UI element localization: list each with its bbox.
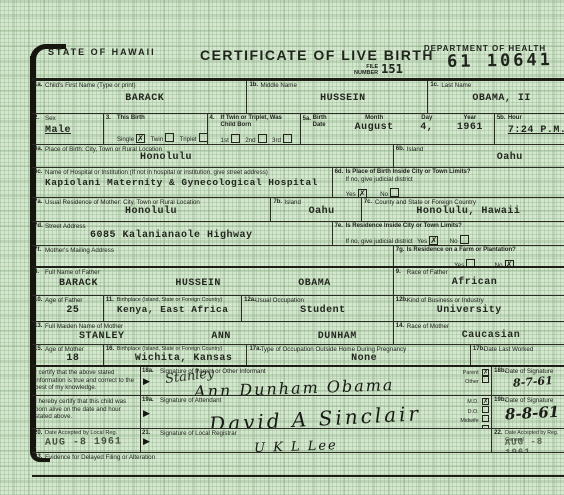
field-number: 22. bbox=[494, 430, 502, 436]
year-value: 1961 bbox=[446, 122, 494, 133]
field-label: Birth Date bbox=[313, 115, 341, 129]
field-22-reg-general-date: 22. Date Accepted by Reg. General AUG -8… bbox=[492, 429, 564, 452]
option-label: Single bbox=[117, 136, 134, 143]
field-label: Is Residence Inside City or Town Limits? bbox=[346, 223, 562, 230]
field-value: University bbox=[437, 305, 562, 316]
field-label: Sex bbox=[45, 115, 101, 122]
field-label: Kind of Business or Industry bbox=[407, 297, 562, 304]
field-number: 18a. bbox=[142, 368, 154, 374]
file-number-block: FILENUMBER 151 bbox=[354, 62, 403, 76]
day-label: Day bbox=[408, 115, 446, 122]
checkbox-other bbox=[482, 376, 489, 383]
field-number: 20. bbox=[34, 430, 42, 436]
field-number: 17a. bbox=[249, 346, 261, 352]
field-number: 3. bbox=[106, 115, 111, 121]
field-6a-place-of-birth: 6a. Place of Birth: City, Town or Rural … bbox=[32, 145, 394, 167]
field-1c-last-name: 1c. Last Name OBAMA, II bbox=[428, 81, 564, 113]
field-number: 8. bbox=[34, 269, 39, 275]
option-label: Triplet bbox=[180, 136, 197, 143]
field-value: Student bbox=[255, 305, 391, 316]
field-label: Age of Father bbox=[45, 297, 101, 304]
field-value: African bbox=[452, 277, 562, 288]
row-place-of-birth: 6a. Place of Birth: City, Town or Rural … bbox=[32, 145, 564, 168]
row-father-name: 8. Full Name of Father BARACK HUSSEIN OB… bbox=[32, 268, 564, 296]
field-16-mother-birthplace: 16. Birthplace (Island, State or Foreign… bbox=[104, 345, 248, 365]
scanned-birth-certificate: STATE OF HAWAII CERTIFICATE OF LIVE BIRT… bbox=[0, 0, 564, 495]
field-label: Full Maiden Name of Mother bbox=[45, 323, 391, 330]
field-number: 17b. bbox=[473, 346, 485, 352]
field-value: Honolulu bbox=[125, 206, 268, 217]
row-evidence: 23. Evidence for Delayed Filing or Alter… bbox=[32, 453, 564, 477]
field-value: Kapiolani Maternity & Gynecological Hosp… bbox=[45, 177, 330, 188]
field-label: Last Name bbox=[441, 82, 562, 89]
option-label: No bbox=[495, 262, 503, 266]
field-label: This Birth bbox=[117, 115, 205, 122]
field-number: 1c. bbox=[430, 82, 438, 88]
field-7e-residence-limits: 7e. Is Residence Inside City or Town Lim… bbox=[333, 222, 564, 245]
field-label: Street Address bbox=[45, 223, 330, 230]
field-number: 7a. bbox=[34, 199, 42, 205]
row-child-name: 1a. Child's First Name (Type or print) B… bbox=[32, 81, 564, 114]
checkbox-yes: ✗ bbox=[358, 189, 367, 197]
field-label: Race of Father bbox=[407, 269, 562, 276]
field-label: Name of Hospital or Institution (If not … bbox=[45, 169, 330, 176]
field-number: 15. bbox=[34, 346, 42, 352]
field-number: 5a. bbox=[303, 116, 311, 122]
file-number-label: FILENUMBER bbox=[354, 65, 378, 76]
field-number: 5b. bbox=[497, 115, 506, 121]
father-first-name: BARACK bbox=[59, 278, 98, 289]
file-number-value: 151 bbox=[381, 62, 403, 76]
informant-certification-text: I certify that the above stated informat… bbox=[32, 367, 141, 395]
field-value: Caucasian bbox=[462, 330, 562, 341]
option-label: M.D. bbox=[467, 399, 478, 405]
field-value: 6085 Kalanianaole Highway bbox=[90, 230, 330, 241]
option-label: 2nd bbox=[245, 137, 255, 144]
option-label: Twin bbox=[150, 136, 163, 143]
field-7a-residence-city: 7a. Usual Residence of Mother: City, Tow… bbox=[32, 198, 271, 221]
row-mother-name: 13. Full Maiden Name of Mother STANLEY A… bbox=[32, 322, 564, 345]
field-7c-county-state: 7c. County and State or Foreign Country … bbox=[362, 198, 564, 221]
checkbox-2nd bbox=[258, 134, 267, 143]
field-11-father-birthplace: 11. Birthplace (Island, State or Foreign… bbox=[104, 296, 242, 321]
checkbox-yes: ✗ bbox=[429, 236, 438, 245]
field-20-local-reg-date: 20. Date Accepted by Local Reg. AUG -8 1… bbox=[32, 429, 141, 452]
field-7f-mailing-address: 7f. Mother's Mailing Address bbox=[32, 246, 394, 266]
field-number: 1a. bbox=[34, 82, 42, 88]
local-reg-date-stamp: AUG -8 1961 bbox=[45, 436, 138, 449]
field-15-mother-age: 15. Age of Mother 18 bbox=[32, 345, 104, 365]
option-label: No bbox=[450, 238, 458, 245]
checkbox-midwife bbox=[482, 415, 489, 422]
attendant-certification-text: I hereby certify that this child was bor… bbox=[32, 396, 141, 428]
option-label: Yes bbox=[417, 238, 427, 245]
option-label: No bbox=[380, 191, 388, 197]
birth-year: Year 1961 bbox=[446, 115, 494, 144]
field-label: Usual Residence of Mother: City, Town or… bbox=[45, 199, 268, 206]
birth-day: Day 4, bbox=[408, 115, 446, 144]
checkbox-parent: ✗ bbox=[482, 369, 489, 376]
field-21-local-registrar-signature: 21. Signature of Local Registrar ▶ U K L… bbox=[141, 429, 492, 452]
checkbox-3rd bbox=[283, 134, 292, 143]
row-informant-signature: I certify that the above stated informat… bbox=[32, 367, 564, 396]
option-label: Yes bbox=[346, 191, 356, 197]
field-label: If Twin or Triplet, Was Child Born bbox=[221, 115, 298, 128]
field-12b-father-industry: 12b. Kind of Business or Industry Univer… bbox=[394, 296, 564, 321]
field-number: 1b. bbox=[249, 82, 258, 88]
field-14-mother-race: 14. Race of Mother Caucasian bbox=[394, 322, 564, 344]
field-13-mother-name: 13. Full Maiden Name of Mother STANLEY A… bbox=[32, 322, 394, 344]
field-value: BARACK bbox=[45, 93, 244, 104]
checkbox-other bbox=[482, 425, 489, 428]
option-label: Other bbox=[465, 379, 478, 385]
field-18a-informant-signature: 18a. Signature of Parent or Other Inform… bbox=[141, 367, 492, 395]
field-12a-father-occupation: 12a. Usual Occupation Student bbox=[242, 296, 394, 321]
field-7g-farm-plantation: 7g. Is Residence on a Farm or Plantation… bbox=[394, 246, 564, 266]
field-9-father-race: 9. Race of Father African bbox=[394, 268, 564, 295]
field-1b-middle-name: 1b. Middle Name HUSSEIN bbox=[247, 81, 428, 113]
field-value: 25 bbox=[45, 305, 101, 316]
field-sublabel: If no, give judicial district bbox=[346, 176, 562, 183]
field-label: Middle Name bbox=[260, 82, 425, 89]
mother-middle-name: ANN bbox=[211, 331, 231, 342]
field-label: Age of Mother bbox=[45, 346, 101, 353]
signature-arrow-icon: ▶ bbox=[143, 436, 150, 447]
field-7d-street-address: 7d. Street Address 6085 Kalanianaole Hig… bbox=[32, 222, 333, 245]
field-value: Kenya, East Africa bbox=[117, 304, 239, 315]
field-number: 11. bbox=[106, 297, 114, 303]
field-value: OBAMA, II bbox=[441, 93, 562, 104]
mother-last-name: DUNHAM bbox=[318, 331, 357, 342]
month-value: August bbox=[341, 122, 408, 133]
field-1a-first-name: 1a. Child's First Name (Type or print) B… bbox=[32, 81, 247, 113]
option-label: D.O. bbox=[468, 409, 479, 415]
field-value: Oahu bbox=[497, 152, 562, 163]
field-number: 12a. bbox=[244, 297, 256, 303]
field-value: 8-7-61 bbox=[513, 373, 563, 389]
field-label: County and State or Foreign Country bbox=[375, 199, 562, 206]
checkbox-no bbox=[460, 235, 469, 244]
field-3-this-birth: 3. This Birth Single✗ Twin Triplet bbox=[104, 114, 208, 144]
field-label: Child's First Name (Type or print) bbox=[45, 82, 244, 89]
field-number: 23. bbox=[34, 454, 42, 460]
row-registrar: 20. Date Accepted by Local Reg. AUG -8 1… bbox=[32, 429, 564, 453]
field-6c-hospital: 6c. Name of Hospital or Institution (If … bbox=[32, 168, 333, 197]
field-label: Birthplace (Island, State or Foreign Cou… bbox=[117, 346, 245, 353]
row-hospital: 6c. Name of Hospital or Institution (If … bbox=[32, 168, 564, 198]
field-number: 2. bbox=[34, 115, 39, 121]
checkbox-no bbox=[390, 188, 399, 197]
field-7b-island: 7b. Island Oahu bbox=[271, 198, 361, 221]
field-17a-mother-occupation: 17a. Type of Occupation Outside Home Dur… bbox=[247, 345, 470, 365]
checkbox-md: ✗ bbox=[482, 398, 489, 405]
father-middle-name: HUSSEIN bbox=[175, 278, 221, 289]
field-number: 7e. bbox=[335, 223, 343, 229]
row-mother-details: 15. Age of Mother 18 16. Birthplace (Isl… bbox=[32, 345, 564, 367]
field-value: Honolulu, Hawaii bbox=[375, 206, 562, 217]
checkbox-twin bbox=[165, 133, 174, 142]
field-2-sex: 2. Sex Male bbox=[32, 114, 104, 144]
informant-signature: Ann Dunham Obama bbox=[194, 372, 490, 395]
field-label: Birthplace (Island, State or Foreign Cou… bbox=[117, 297, 239, 304]
field-label: Full Name of Father bbox=[45, 269, 391, 276]
field-number: 10. bbox=[34, 297, 42, 303]
field-number: 12b. bbox=[396, 297, 408, 303]
field-label: Hour bbox=[508, 115, 562, 122]
field-5a-birth-date: 5a. Birth Date Month August Day 4, Year … bbox=[301, 114, 495, 144]
field-number: 7g. bbox=[396, 247, 405, 253]
field-value: HUSSEIN bbox=[260, 93, 425, 104]
reg-general-date-stamp: AUG -8 1961 bbox=[505, 436, 562, 452]
row-street-address: 7d. Street Address 6085 Kalanianaole Hig… bbox=[32, 222, 564, 246]
certificate-number: 61 10641 bbox=[430, 50, 564, 72]
field-4-twin-order: 4. If Twin or Triplet, Was Child Born 1s… bbox=[208, 114, 301, 144]
field-number: 19a. bbox=[142, 397, 154, 403]
field-value: Oahu bbox=[284, 206, 358, 217]
father-last-name: OBAMA bbox=[298, 278, 331, 289]
signature-arrow-icon: ▶ bbox=[143, 408, 150, 419]
row-attendant-signature: I hereby certify that this child was bor… bbox=[32, 396, 564, 429]
field-6b-island: 6b. Island Oahu bbox=[394, 145, 564, 167]
field-value: Male bbox=[45, 125, 101, 136]
row-father-details: 10. Age of Father 25 11. Birthplace (Isl… bbox=[32, 296, 564, 322]
row-mother-residence: 7a. Usual Residence of Mother: City, Tow… bbox=[32, 198, 564, 222]
field-6d-city-limits: 6d. Is Place of Birth Inside City or Tow… bbox=[333, 168, 564, 197]
mother-first-name: STANLEY bbox=[79, 331, 125, 342]
row-sex-birth-date: 2. Sex Male 3. This Birth Single✗ Twin T… bbox=[32, 114, 564, 145]
day-value: 4, bbox=[408, 122, 446, 133]
checkbox-do bbox=[482, 406, 489, 413]
field-number: 7f. bbox=[34, 247, 41, 253]
year-label: Year bbox=[446, 115, 494, 122]
field-label: Is Place of Birth Inside City or Town Li… bbox=[346, 169, 562, 176]
field-label: Evidence for Delayed Filing or Alteratio… bbox=[45, 454, 562, 461]
certificate-form: STATE OF HAWAII CERTIFICATE OF LIVE BIRT… bbox=[32, 40, 564, 460]
field-10-father-age: 10. Age of Father 25 bbox=[32, 296, 104, 321]
option-label: 1st bbox=[221, 137, 229, 144]
field-number: 6b. bbox=[396, 146, 405, 152]
field-label: Is Residence on a Farm or Plantation? bbox=[407, 247, 562, 254]
field-label: Type of Occupation Outside Home During P… bbox=[260, 346, 467, 353]
row-mailing-address: 7f. Mother's Mailing Address 7g. Is Resi… bbox=[32, 246, 564, 268]
field-number: 6c. bbox=[34, 169, 42, 175]
field-19b-signature-date: 19b. Date of Signature 8-8-61 bbox=[492, 396, 564, 428]
field-value: 7:24 P.M. bbox=[508, 125, 562, 136]
field-number: 7d. bbox=[34, 223, 43, 229]
option-label: Yes bbox=[454, 262, 464, 266]
field-5b-hour: 5b. Hour 7:24 P.M. bbox=[495, 114, 564, 144]
signature-arrow-icon: ▶ bbox=[143, 376, 150, 387]
field-label: Mother's Mailing Address bbox=[45, 247, 391, 254]
checkbox-1st bbox=[231, 134, 240, 143]
option-label: 3rd bbox=[272, 137, 281, 144]
field-value: Wichita, Kansas bbox=[135, 353, 245, 364]
field-number: 9. bbox=[396, 269, 401, 275]
field-label: Island bbox=[284, 199, 358, 206]
field-number: 18b. bbox=[494, 368, 506, 374]
field-value: None bbox=[260, 353, 467, 364]
field-number: 19b. bbox=[494, 397, 506, 403]
field-number: 6d. bbox=[335, 169, 344, 175]
field-label: Race of Mother bbox=[407, 323, 562, 330]
field-value: 18 bbox=[45, 353, 101, 364]
option-label: Midwife bbox=[460, 418, 478, 424]
field-number: 13. bbox=[34, 323, 42, 329]
field-number: 16. bbox=[106, 346, 114, 352]
field-number: 7c. bbox=[364, 199, 372, 205]
checkbox-no: ✗ bbox=[505, 260, 514, 266]
birth-month: Month August bbox=[341, 115, 408, 144]
field-23-evidence: 23. Evidence for Delayed Filing or Alter… bbox=[32, 453, 564, 475]
field-label: Date Last Worked bbox=[484, 346, 562, 353]
field-value: 8-8-61 bbox=[505, 403, 563, 424]
field-17b-date-last-worked: 17b. Date Last Worked bbox=[471, 345, 564, 365]
field-label: Usual Occupation bbox=[255, 297, 391, 304]
checkbox-single: ✗ bbox=[136, 134, 145, 143]
state-name: STATE OF HAWAII bbox=[48, 47, 156, 57]
month-label: Month bbox=[341, 115, 408, 122]
field-number: 4. bbox=[210, 115, 215, 121]
field-number: 6a. bbox=[34, 146, 42, 152]
field-number: 7b. bbox=[273, 199, 282, 205]
field-19a-attendant-signature: 19a. Signature of Attendant ▶ David A Si… bbox=[141, 396, 492, 428]
field-sublabel: If no, give judicial district bbox=[346, 238, 413, 245]
field-number: 14. bbox=[396, 323, 404, 329]
certificate-header: STATE OF HAWAII CERTIFICATE OF LIVE BIRT… bbox=[32, 40, 564, 81]
field-value: Honolulu bbox=[140, 152, 391, 163]
field-8-father-name: 8. Full Name of Father BARACK HUSSEIN OB… bbox=[32, 268, 394, 295]
checkbox-triplet bbox=[199, 133, 208, 142]
field-18b-signature-date: 18b. Date of Signature 8-7-61 bbox=[492, 367, 564, 395]
checkbox-yes bbox=[466, 259, 475, 266]
